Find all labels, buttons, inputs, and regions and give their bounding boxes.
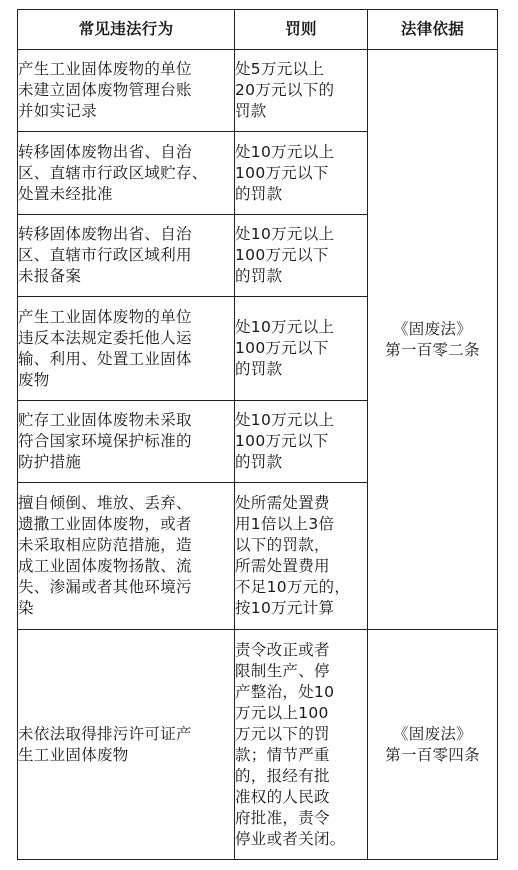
header-legal-basis: 法律依据 <box>368 10 498 50</box>
penalty-text: 处所需处置费 用1倍以上3倍 以下的罚款， 所需处置费用 不足10万元的， 按1… <box>235 493 367 619</box>
behavior-text: 贮存工业固体废物未采取 符合国家环境保护标准的 防护措施 <box>18 410 234 473</box>
table-header-row: 常见违法行为 罚则 法律依据 <box>18 10 498 50</box>
penalty-cell: 处10万元以上 100万元以下 的罚款 <box>235 215 368 297</box>
penalty-table: 常见违法行为 罚则 法律依据 产生工业固体废物的单位 未建立固体废物管理台账 并… <box>17 9 498 860</box>
behavior-text: 转移固体废物出省、自治 区、直辖市行政区域贮存、 处置未经批准 <box>18 142 234 205</box>
table-row: 产生工业固体废物的单位 未建立固体废物管理台账 并如实记录 处5万元以上 20万… <box>18 50 498 132</box>
legal-basis-text: 《固废法》 第一百零四条 <box>368 724 497 766</box>
penalty-cell: 责令改正或者 限制生产、停 产整治，处10 万元以上100 万元以下的罚 款；情… <box>235 630 368 860</box>
behavior-cell: 未依法取得排污许可证产 生工业固体废物 <box>18 630 235 860</box>
penalty-text: 责令改正或者 限制生产、停 产整治，处10 万元以上100 万元以下的罚 款；情… <box>235 640 367 850</box>
behavior-text: 产生工业固体废物的单位 未建立固体废物管理台账 并如实记录 <box>18 59 234 122</box>
penalty-cell: 处10万元以上 100万元以下 的罚款 <box>235 297 368 401</box>
behavior-text: 产生工业固体废物的单位 违反本法规定委托他人运 输、利用、处置工业固体 废物 <box>18 307 234 391</box>
legal-basis-cell: 《固废法》 第一百零四条 <box>368 630 498 860</box>
behavior-cell: 转移固体废物出省、自治 区、直辖市行政区域利用 未报备案 <box>18 215 235 297</box>
penalty-cell: 处10万元以上 100万元以下 的罚款 <box>235 132 368 215</box>
penalty-text: 处5万元以上 20万元以下的 罚款 <box>235 59 367 122</box>
behavior-text: 转移固体废物出省、自治 区、直辖市行政区域利用 未报备案 <box>18 224 234 287</box>
penalty-text: 处10万元以上 100万元以下 的罚款 <box>235 224 367 287</box>
behavior-cell: 产生工业固体废物的单位 未建立固体废物管理台账 并如实记录 <box>18 50 235 132</box>
penalty-text: 处10万元以上 100万元以下 的罚款 <box>235 142 367 205</box>
penalty-text: 处10万元以上 100万元以下 的罚款 <box>235 410 367 473</box>
behavior-text: 未依法取得排污许可证产 生工业固体废物 <box>18 724 234 766</box>
behavior-cell: 擅自倾倒、堆放、丢弃、 遗撒工业固体废物，或者 未采取相应防范措施，造 成工业固… <box>18 483 235 630</box>
behavior-cell: 产生工业固体废物的单位 违反本法规定委托他人运 输、利用、处置工业固体 废物 <box>18 297 235 401</box>
behavior-cell: 贮存工业固体废物未采取 符合国家环境保护标准的 防护措施 <box>18 401 235 483</box>
penalty-text: 处10万元以上 100万元以下 的罚款 <box>235 317 367 380</box>
behavior-text: 擅自倾倒、堆放、丢弃、 遗撒工业固体废物，或者 未采取相应防范措施，造 成工业固… <box>18 493 234 619</box>
penalty-cell: 处5万元以上 20万元以下的 罚款 <box>235 50 368 132</box>
legal-basis-text: 《固废法》 第一百零二条 <box>368 319 497 361</box>
legal-basis-cell: 《固废法》 第一百零二条 <box>368 50 498 630</box>
penalty-cell: 处所需处置费 用1倍以上3倍 以下的罚款， 所需处置费用 不足10万元的， 按1… <box>235 483 368 630</box>
penalty-cell: 处10万元以上 100万元以下 的罚款 <box>235 401 368 483</box>
header-penalty: 罚则 <box>235 10 368 50</box>
header-behavior: 常见违法行为 <box>18 10 235 50</box>
behavior-cell: 转移固体废物出省、自治 区、直辖市行政区域贮存、 处置未经批准 <box>18 132 235 215</box>
table-row: 未依法取得排污许可证产 生工业固体废物 责令改正或者 限制生产、停 产整治，处1… <box>18 630 498 860</box>
